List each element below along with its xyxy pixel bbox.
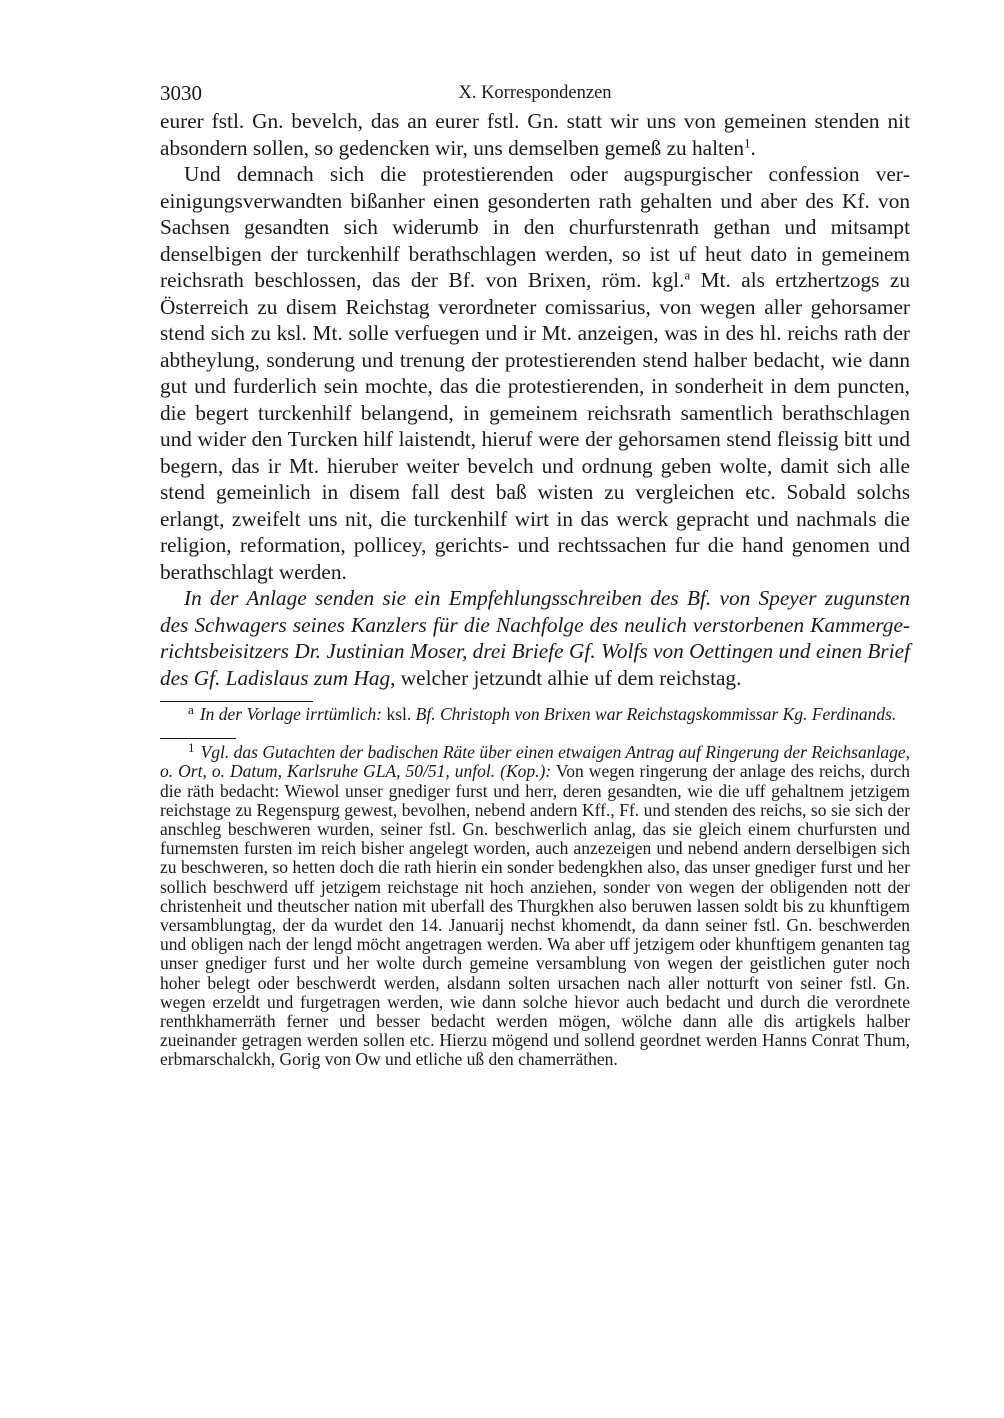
- document-page: 3030 X. Korrespondenzen eurer fstl. Gn. …: [160, 78, 910, 1070]
- footnote-1-quote: Von wegen ringerung der anlage des reich…: [160, 761, 910, 1069]
- paragraph-1-text: eurer fstl. Gn. bevelch, das an eurer fs…: [160, 109, 910, 160]
- main-text: eurer fstl. Gn. bevelch, das an eurer fs…: [160, 108, 910, 691]
- paragraph-2-text-end: Mt. als ertzhertzogs zu Österreich zu di…: [160, 268, 910, 584]
- note-a-italic-1: In der Vorlage irrtümlich:: [200, 704, 382, 724]
- paragraph-3-summary: In der Anlage senden sie ein Empfehlungs…: [160, 585, 910, 691]
- running-header: 3030 X. Korrespondenzen: [160, 78, 910, 108]
- textual-note-a: aIn der Vorlage irrtümlich: ksl. Bf. Chr…: [160, 705, 910, 724]
- paragraph-1-end: .: [750, 136, 755, 160]
- textual-notes-separator: [160, 701, 313, 702]
- note-a-mark: a: [188, 702, 194, 717]
- note-a-italic-2: Bf. Christoph von Brixen war Reichstagsk…: [416, 704, 897, 724]
- paragraph-1: eurer fstl. Gn. bevelch, das an eurer fs…: [160, 108, 910, 161]
- footnote-1-mark: 1: [188, 740, 195, 755]
- note-a-roman: ksl.: [382, 704, 416, 724]
- paragraph-3-text: , welcher jetzundt alhie uf dem reichsta…: [390, 666, 741, 690]
- footnotes-separator: [160, 738, 236, 739]
- paragraph-2: Und demnach sich die protestierenden ode…: [160, 161, 910, 585]
- footnote-1: 1Vgl. das Gutachten der badischen Räte ü…: [160, 743, 910, 1069]
- section-title: X. Korrespondenzen: [160, 78, 910, 108]
